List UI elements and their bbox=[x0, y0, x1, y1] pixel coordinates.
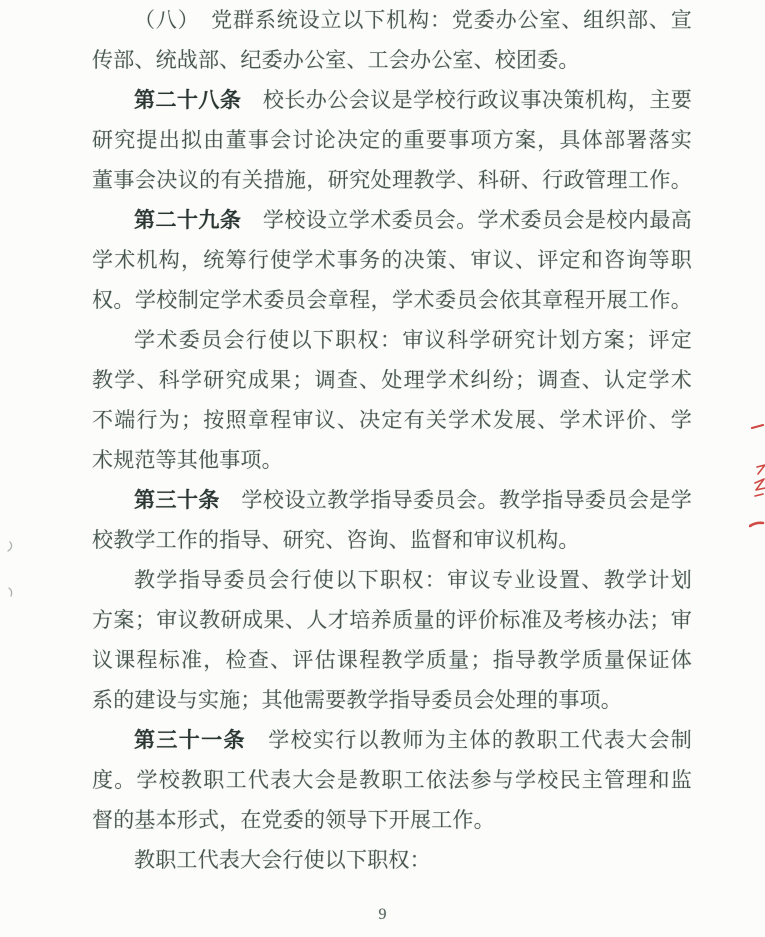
article-line: 第三十条 学校设立教学指导委员会。教学指导委员会是学 bbox=[92, 480, 692, 520]
text-line: 学术委员会行使以下职权：审议科学研究计划方案；评定 bbox=[92, 320, 692, 360]
article-number: 第二十九条 bbox=[134, 208, 241, 232]
text-line: 董事会决议的有关措施，研究处理教学、科研、行政管理工作。 bbox=[92, 160, 692, 200]
gray-edge-mark-bottom bbox=[6, 587, 16, 597]
text-line: （八） 党群系统设立以下机构：党委办公室、组织部、宣 bbox=[92, 0, 692, 40]
text-line: 议课程标准，检查、评估课程教学质量；指导教学质量保证体 bbox=[92, 640, 692, 680]
text-line: 教职工代表大会行使以下职权： bbox=[92, 840, 692, 880]
text-line: 校教学工作的指导、研究、咨询、监督和审议机构。 bbox=[92, 520, 692, 560]
text-line: 不端行为；按照章程审议、决定有关学术发展、学术评价、学 bbox=[92, 400, 692, 440]
text-line: 系的建设与实施；其他需要教学指导委员会处理的事项。 bbox=[92, 680, 692, 720]
red-dash-mark-top bbox=[751, 423, 765, 431]
text-line: 研究提出拟由董事会讨论决定的重要事项方案，具体部署落实 bbox=[92, 120, 692, 160]
text-line: 度。学校教职工代表大会是教职工依法参与学校民主管理和监 bbox=[92, 760, 692, 800]
article-number: 第三十一条 bbox=[134, 728, 246, 752]
document-body: （八） 党群系统设立以下机构：党委办公室、组织部、宣传部、统战部、纪委办公室、工… bbox=[92, 0, 692, 880]
text-line: 教学指导委员会行使以下职权：审议专业设置、教学计划 bbox=[92, 560, 692, 600]
text-line: 术规范等其他事项。 bbox=[92, 440, 692, 480]
red-dash-mark-bottom bbox=[749, 519, 765, 529]
page-number: 9 bbox=[0, 906, 765, 924]
text-line: 督的基本形式，在党委的领导下开展工作。 bbox=[92, 800, 692, 840]
article-number: 第二十八条 bbox=[134, 88, 241, 112]
text-line: 学术机构，统筹行使学术事务的决策、审议、评定和咨询等职 bbox=[92, 240, 692, 280]
text-line: 教学、科学研究成果；调查、处理学术纠纷；调查、认定学术 bbox=[92, 360, 692, 400]
text-line: 权。学校制定学术委员会章程，学术委员会依其章程开展工作。 bbox=[92, 280, 692, 320]
text-line: 传部、统战部、纪委办公室、工会办公室、校团委。 bbox=[92, 40, 692, 80]
text-line: 方案；审议教研成果、人才培养质量的评价标准及考核办法；审 bbox=[92, 600, 692, 640]
article-number: 第三十条 bbox=[134, 488, 220, 512]
article-line: 第二十八条 校长办公会议是学校行政议事决策机构，主要 bbox=[92, 80, 692, 120]
gray-edge-mark-top bbox=[5, 541, 15, 553]
article-line: 第三十一条 学校实行以教师为主体的教职工代表大会制 bbox=[92, 720, 692, 760]
red-scribble-mark bbox=[748, 464, 765, 500]
document-page: （八） 党群系统设立以下机构：党委办公室、组织部、宣传部、统战部、纪委办公室、工… bbox=[0, 0, 765, 937]
article-line: 第二十九条 学校设立学术委员会。学术委员会是校内最高 bbox=[92, 200, 692, 240]
